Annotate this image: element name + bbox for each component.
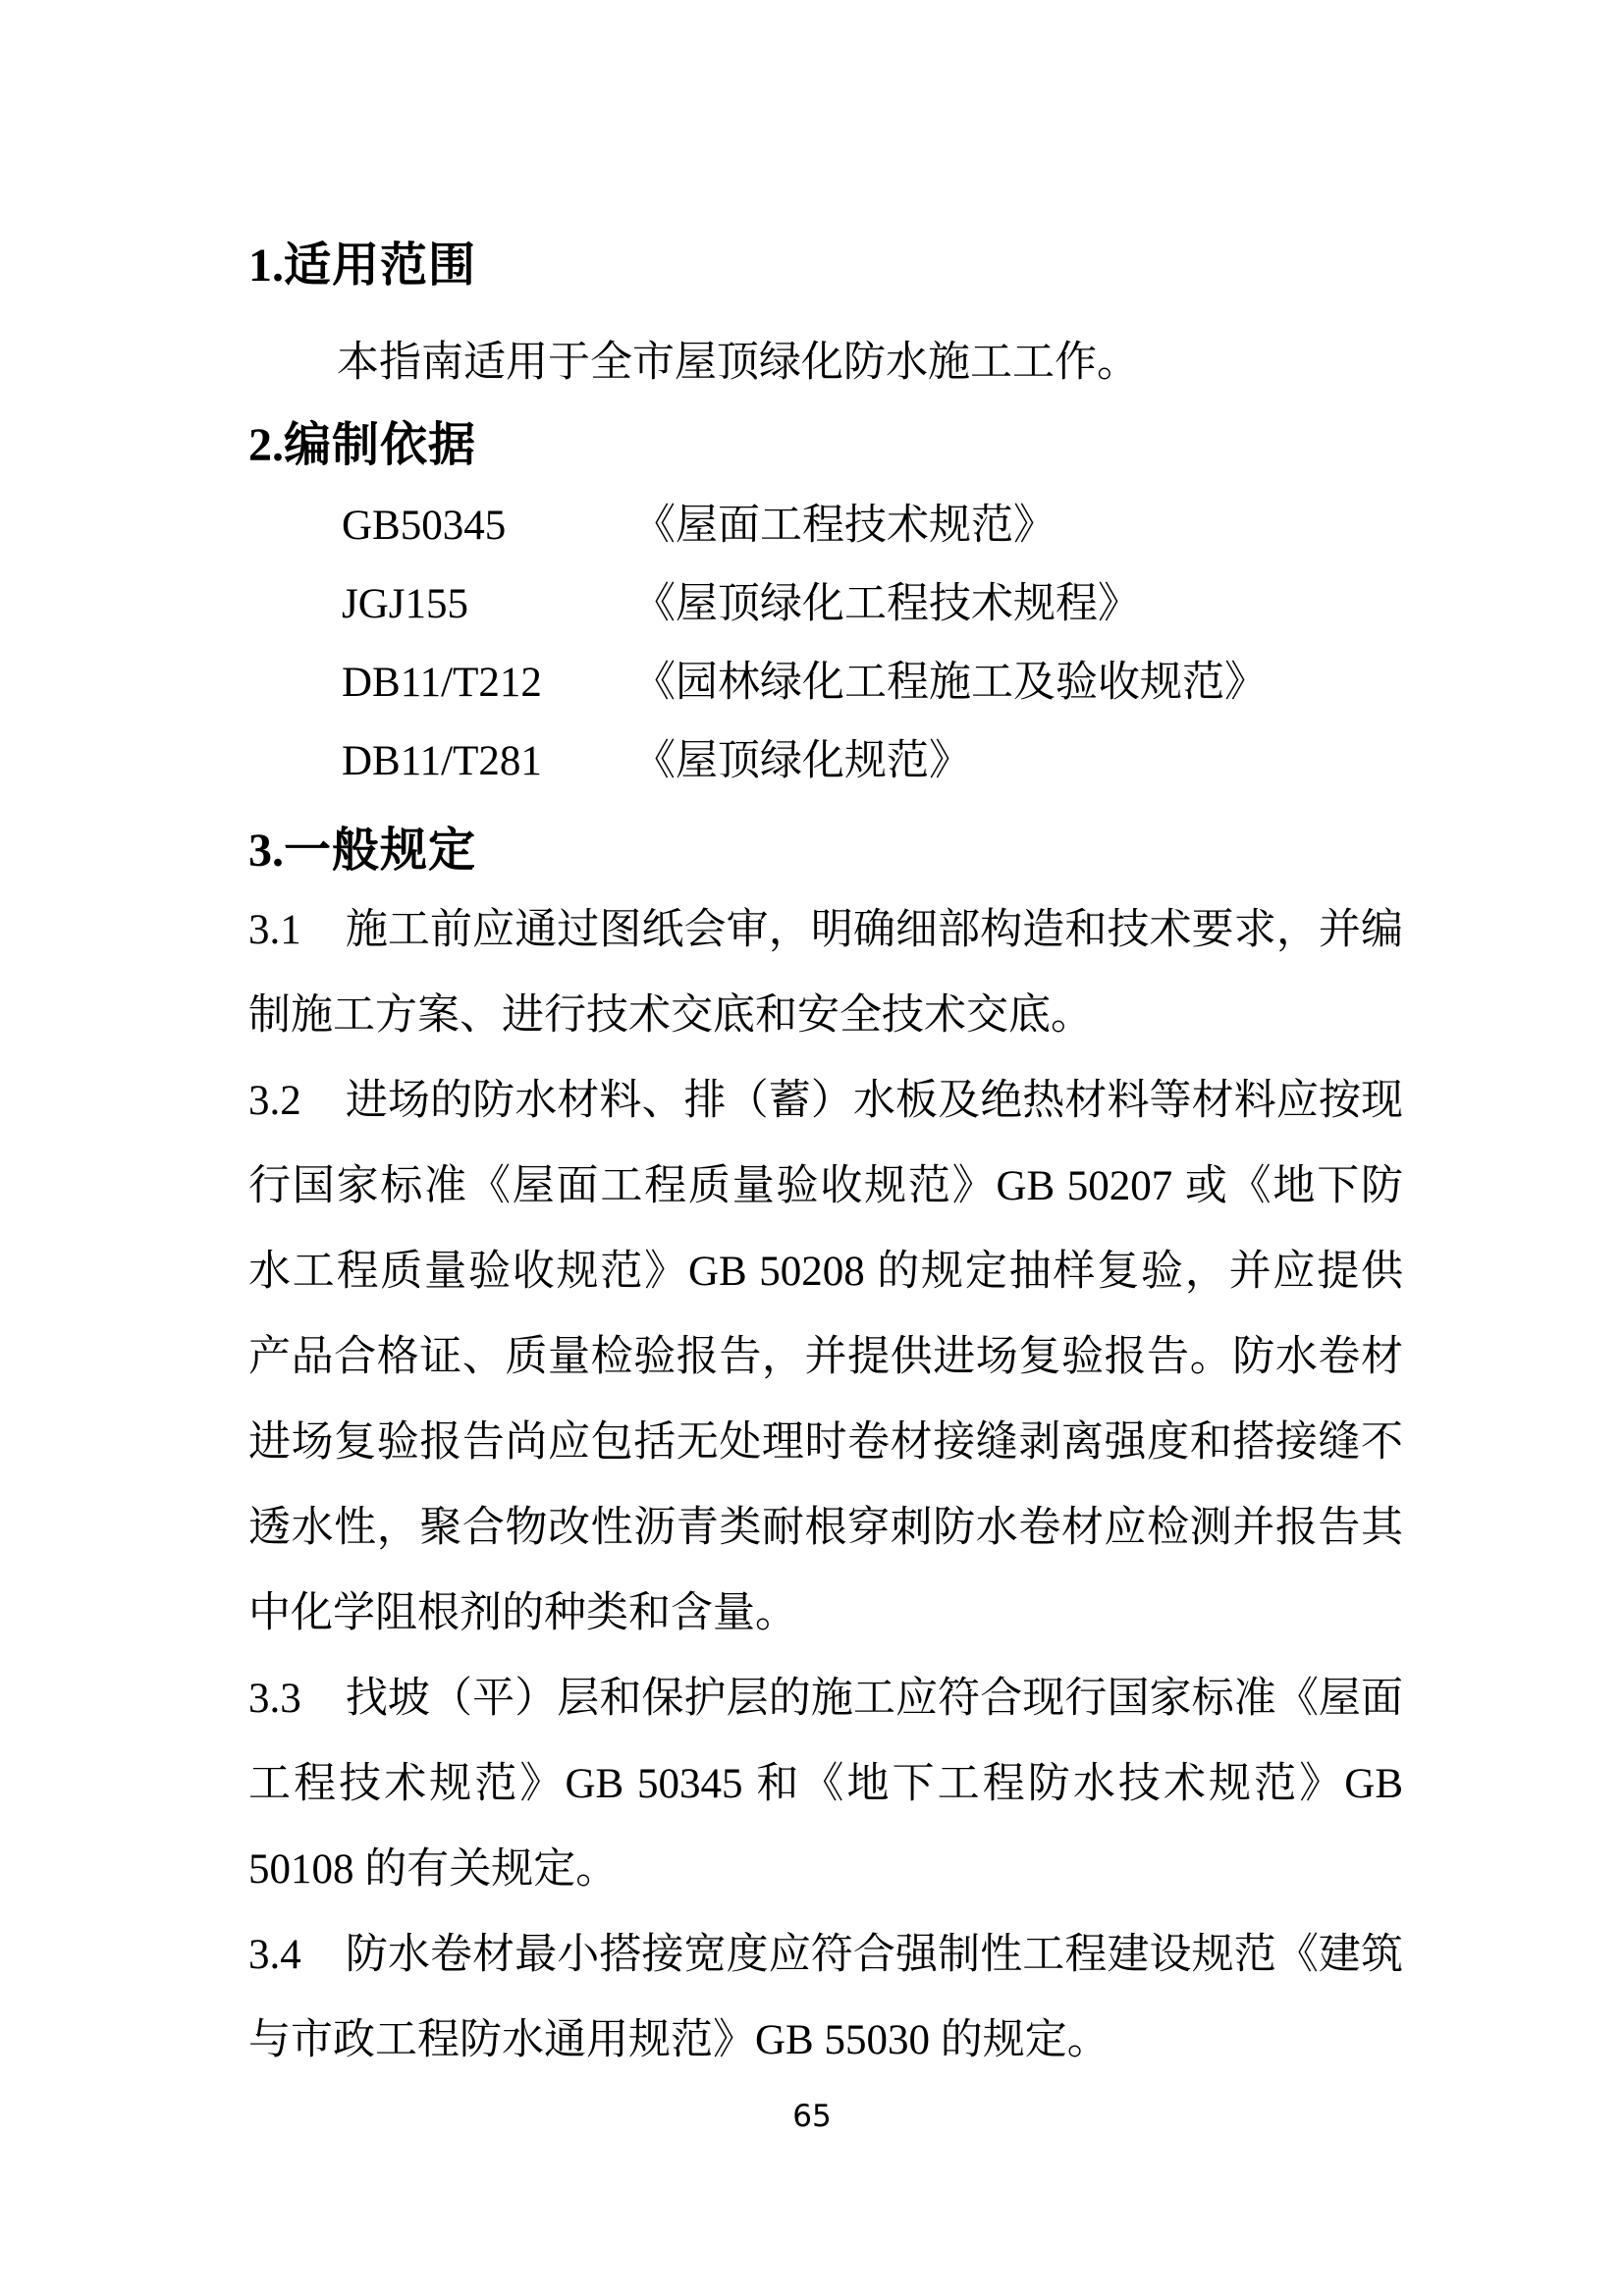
clause: 3.1施工前应通过图纸会审，明确细部构造和技术要求，并编制施工方案、进行技术交底… [248,887,1403,1058]
clause: 3.3找坡（平）层和保护层的施工应符合现行国家标准《屋面工程技术规范》GB 50… [248,1656,1403,1912]
clause: 3.4防水卷材最小搭接宽度应符合强制性工程建设规范《建筑与市政工程防水通用规范》… [248,1912,1403,2083]
reference-title: 《屋顶绿化规范》 [633,722,1403,801]
section-title: 一般规定 [284,825,476,877]
section-number: 2. [248,419,284,471]
section-number: 1. [248,240,284,292]
clause-number: 3.2 [248,1078,301,1124]
section-heading-scope: 1.适用范围 [248,240,1403,293]
reference-row: GB50345 《屋面工程技术规范》 [248,487,1403,565]
clause-number: 3.1 [248,907,301,953]
page-number: 65 [0,2099,1624,2134]
clause: 3.2进场的防水材料、排（蓄）水板及绝热材料等材料应按现行国家标准《屋面工程质量… [248,1058,1403,1656]
section-heading-general: 3.一般规定 [248,826,1403,878]
clause-text: 施工前应通过图纸会审，明确细部构造和技术要求，并编制施工方案、进行技术交底和安全… [248,907,1403,1039]
section-title: 适用范围 [284,240,476,292]
reference-title: 《屋顶绿化工程技术规程》 [633,565,1403,644]
clause-number: 3.4 [248,1932,301,1978]
reference-row: DB11/T212 《园林绿化工程施工及验收规范》 [248,644,1403,722]
reference-list: GB50345 《屋面工程技术规范》 JGJ155 《屋顶绿化工程技术规程》 D… [248,487,1403,801]
scope-paragraph: 本指南适用于全市屋顶绿化防水施工工作。 [248,320,1403,405]
reference-row: JGJ155 《屋顶绿化工程技术规程》 [248,565,1403,644]
reference-code: DB11/T281 [342,722,633,801]
section-title: 编制依据 [284,419,476,471]
reference-title: 《屋面工程技术规范》 [633,487,1403,565]
clause-number: 3.3 [248,1676,301,1722]
clause-text: 防水卷材最小搭接宽度应符合强制性工程建设规范《建筑与市政工程防水通用规范》GB … [248,1932,1403,2063]
reference-code: JGJ155 [342,565,633,644]
clause-text: 找坡（平）层和保护层的施工应符合现行国家标准《屋面工程技术规范》GB 50345… [248,1676,1403,1893]
clause-list: 3.1施工前应通过图纸会审，明确细部构造和技术要求，并编制施工方案、进行技术交底… [248,887,1403,2083]
reference-code: DB11/T212 [342,644,633,722]
reference-row: DB11/T281 《屋顶绿化规范》 [248,722,1403,801]
reference-code: GB50345 [342,487,633,565]
clause-text: 进场的防水材料、排（蓄）水板及绝热材料等材料应按现行国家标准《屋面工程质量验收规… [248,1078,1403,1636]
document-content: 1.适用范围 本指南适用于全市屋顶绿化防水施工工作。 2.编制依据 GB5034… [248,240,1403,2083]
document-page: 1.适用范围 本指南适用于全市屋顶绿化防水施工工作。 2.编制依据 GB5034… [0,0,1624,2296]
section-heading-basis: 2.编制依据 [248,420,1403,472]
reference-title: 《园林绿化工程施工及验收规范》 [633,644,1403,722]
section-number: 3. [248,825,284,877]
